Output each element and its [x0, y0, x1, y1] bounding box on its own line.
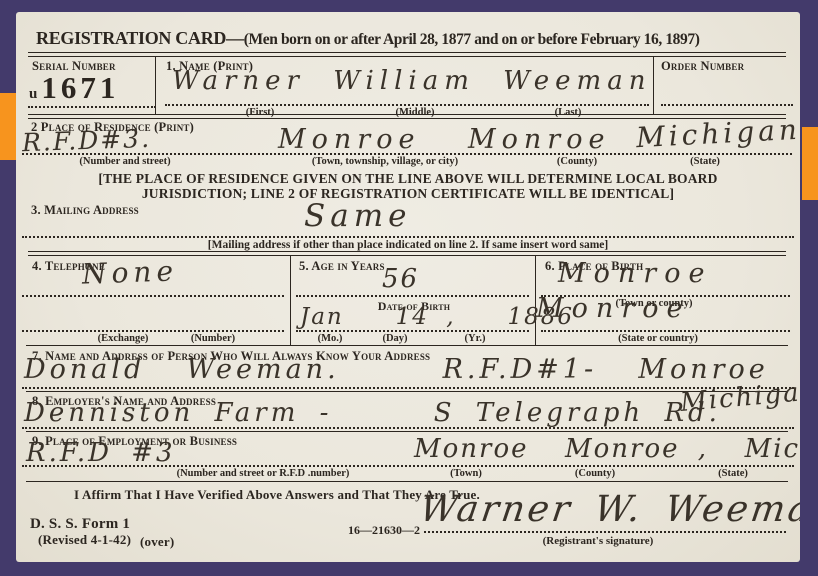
residence-town-label: (Town, township, village, or city): [312, 156, 458, 167]
dob-day-label: (Day): [382, 333, 407, 344]
residence-state-handwriting: Michigan: [635, 116, 800, 153]
birthplace-state-handwriting: Monroe: [536, 295, 690, 322]
card-title: REGISTRATION CARD—(Men born on or after …: [36, 28, 700, 49]
form-number: D. S. S. Form 1: [30, 516, 130, 533]
order-dotted-line: [661, 104, 793, 106]
birthplace-state-label: (State or country): [618, 333, 698, 344]
mailing-dotted-line: [22, 236, 794, 238]
registration-card: REGISTRATION CARD—(Men born on or after …: [16, 12, 800, 562]
telephone-exchange-label: (Exchange): [98, 333, 149, 344]
name-dotted-line: [165, 104, 649, 106]
over-note: (over): [140, 534, 174, 550]
name-handwriting: Warner William Weeman: [172, 68, 651, 94]
employer-handwriting: Denniston Farm - S Telegraph Rd.: [24, 400, 721, 426]
mailing-note: [Mailing address if other than place ind…: [208, 239, 608, 251]
birthplace-dotted-line2: [541, 330, 790, 332]
rule-employment-bottom: [26, 481, 788, 482]
rule-row456-bottom: [26, 345, 788, 346]
residence-state-label: (State): [690, 156, 720, 167]
mailing-label: 3. Mailing Address: [31, 203, 139, 218]
mailing-handwriting: Same: [304, 201, 411, 232]
signature-dotted-line: [424, 531, 786, 533]
residence-street-label: (Number and street): [79, 156, 170, 167]
residence-notice-line1: [THE PLACE OF RESIDENCE GIVEN ON THE LIN…: [98, 171, 717, 187]
residence-street-handwriting: R.F.D#3.: [22, 126, 152, 155]
serial-prefix: u: [29, 86, 37, 102]
birthplace-town-handwriting: Monroe: [558, 260, 712, 287]
residence-county-label: (County): [557, 156, 597, 167]
employment-street-handwriting: R.F.D #3: [26, 440, 176, 466]
serial-number-value: u 1671: [29, 70, 119, 106]
divider-telephone-age: [290, 255, 291, 345]
rule-under-title: [28, 52, 786, 57]
page-background: REGISTRATION CARD—(Men born on or after …: [0, 0, 818, 576]
card-title-subtitle: (Men born on or after April 28, 1877 and…: [244, 31, 700, 48]
employment-street-label: (Number and street or R.F.D .number): [177, 468, 350, 479]
print-code: 16—21630—2: [348, 523, 420, 538]
order-number-label: Order Number: [661, 59, 744, 74]
rule-contact-bottom: [26, 391, 788, 392]
dob-year-label: (Yr.): [465, 333, 486, 344]
date-of-birth-handwriting: Jan 14 , 1886: [300, 306, 574, 329]
employment-county-label: (County): [575, 468, 615, 479]
form-revision: (Revised 4-1-42): [38, 532, 131, 548]
residence-county-handwriting: Monroe: [468, 126, 610, 153]
employment-location-handwriting: Monroe Monroe , Mich.: [414, 436, 800, 462]
telephone-dotted-line1: [22, 295, 284, 297]
affirmation-text: I Affirm That I Have Verified Above Answ…: [74, 487, 480, 503]
residence-dotted-line: [22, 153, 792, 155]
rule-row1-bottom: [28, 114, 786, 119]
rule-employer-bottom: [26, 431, 788, 432]
employer-dotted-line: [22, 427, 794, 429]
telephone-dotted-line2: [22, 330, 284, 332]
divider-name-order: [653, 56, 654, 115]
card-title-main: REGISTRATION CARD—: [36, 28, 244, 48]
residence-town-handwriting: Monroe: [278, 126, 420, 153]
date-of-birth-dotted-line: [296, 330, 529, 332]
age-handwriting: 56: [382, 266, 419, 292]
serial-number: 1671: [41, 70, 119, 105]
employment-dotted-line: [22, 465, 794, 467]
serial-dotted-line: [28, 106, 156, 108]
orange-accent-left: [0, 93, 16, 160]
employment-state-label: (State): [718, 468, 748, 479]
orange-accent-right: [802, 127, 818, 200]
registrant-signature-handwriting: Warner W. Weeman: [417, 492, 800, 528]
age-dotted-line: [296, 295, 529, 297]
dob-month-label: (Mo.): [318, 333, 343, 344]
age-label: 5. Age in Years: [299, 259, 385, 274]
signature-label: (Registrant's signature): [543, 535, 654, 547]
telephone-number-label: (Number): [191, 333, 235, 344]
contact-handwriting: Donald Weeman. R.F.D#1- Monroe: [24, 356, 769, 383]
telephone-handwriting: None: [82, 257, 179, 288]
employment-town-label: (Town): [450, 468, 482, 479]
